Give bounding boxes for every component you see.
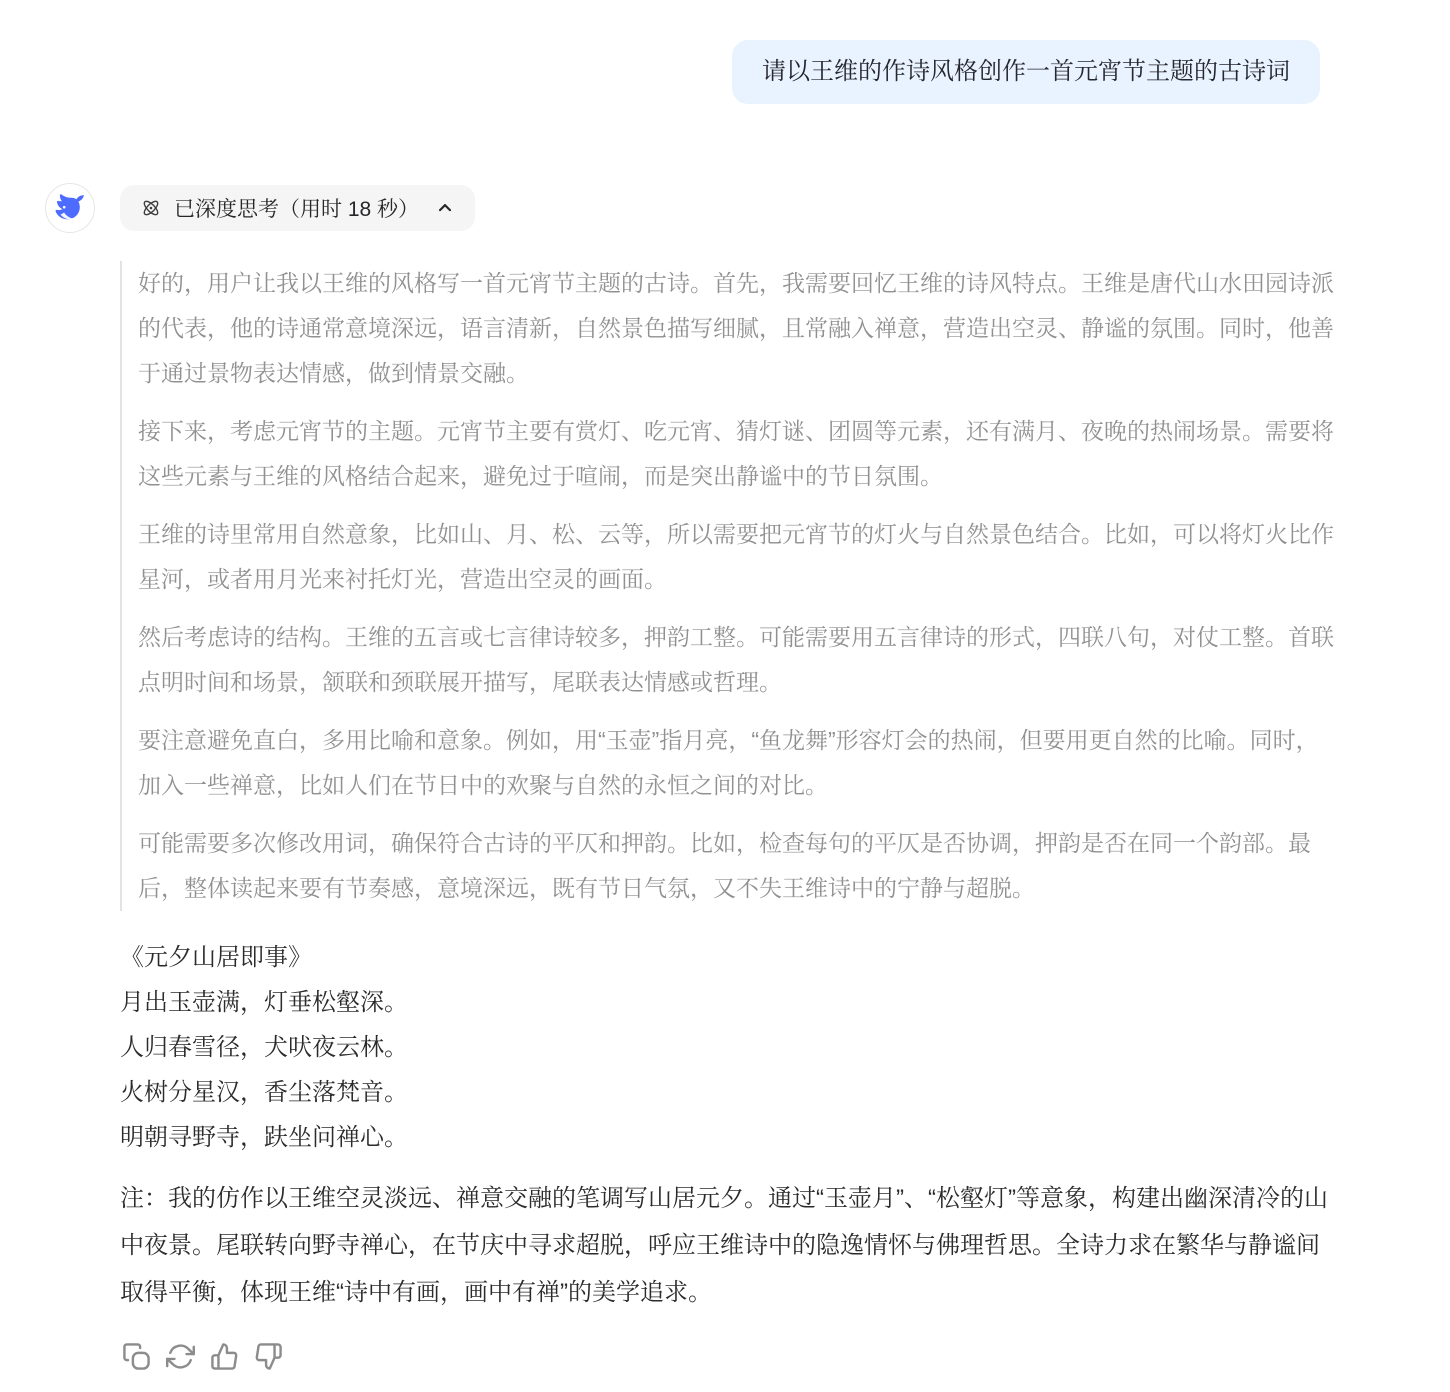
thumbs-up-button[interactable] [208, 1340, 240, 1372]
thumbs-up-icon [210, 1342, 239, 1371]
chevron-up-icon [435, 198, 455, 218]
thinking-paragraph: 接下来，考虑元宵节的主题。元宵节主要有赏灯、吃元宵、猜灯谜、团圆等元素，还有满月… [138, 409, 1337, 499]
regenerate-icon [166, 1342, 195, 1371]
deepseek-whale-logo [52, 190, 88, 226]
thinking-paragraph: 好的，用户让我以王维的风格写一首元宵节主题的古诗。首先，我需要回忆王维的诗风特点… [138, 261, 1337, 396]
poem-line: 明朝寻野寺，趺坐问禅心。 [120, 1115, 1337, 1160]
thumbs-down-button[interactable] [252, 1340, 284, 1372]
poem-line: 月出玉壶满，灯垂松壑深。 [120, 980, 1337, 1025]
atom-icon [140, 197, 162, 219]
assistant-body: 已深度思考（用时 18 秒） 好的，用户让我以王维的风格写一首元宵节主题的古诗。… [120, 183, 1337, 1372]
poem-title: 《元夕山居即事》 [120, 935, 1337, 980]
answer-content: 《元夕山居即事》 月出玉壶满，灯垂松壑深。 人归春雪径，犬吠夜云林。 火树分星汉… [120, 935, 1337, 1316]
regenerate-button[interactable] [164, 1340, 196, 1372]
poem-line: 火树分星汉，香尘落梵音。 [120, 1070, 1337, 1115]
thumbs-down-icon [254, 1342, 283, 1371]
poem-line: 人归春雪径，犬吠夜云林。 [120, 1025, 1337, 1070]
thinking-paragraph: 可能需要多次修改用词，确保符合古诗的平仄和押韵。比如，检查每句的平仄是否协调，押… [138, 821, 1337, 911]
thinking-paragraph: 要注意避免直白，多用比喻和意象。例如，用“玉壶”指月亮，“鱼龙舞”形容灯会的热闹… [138, 718, 1337, 808]
user-message-bubble: 请以王维的作诗风格创作一首元宵节主题的古诗词 [732, 40, 1320, 104]
poem: 《元夕山居即事》 月出玉壶满，灯垂松壑深。 人归春雪径，犬吠夜云林。 火树分星汉… [120, 935, 1337, 1160]
copy-icon [122, 1342, 151, 1371]
avatar [45, 183, 95, 233]
thinking-toggle-label: 已深度思考（用时 18 秒） [174, 193, 419, 223]
thinking-paragraph: 王维的诗里常用自然意象，比如山、月、松、云等，所以需要把元宵节的灯火与自然景色结… [138, 512, 1337, 602]
thinking-content: 好的，用户让我以王维的风格写一首元宵节主题的古诗。首先，我需要回忆王维的诗风特点… [120, 261, 1337, 911]
message-action-bar [120, 1340, 1337, 1372]
poem-note: 注：我的仿作以王维空灵淡远、禅意交融的笔调写山居元夕。通过“玉壶月”、“松壑灯”… [120, 1175, 1337, 1316]
thinking-paragraph: 然后考虑诗的结构。王维的五言或七言律诗较多，押韵工整。可能需要用五言律诗的形式，… [138, 615, 1337, 705]
copy-button[interactable] [120, 1340, 152, 1372]
thinking-toggle-button[interactable]: 已深度思考（用时 18 秒） [120, 185, 475, 231]
assistant-message: 已深度思考（用时 18 秒） 好的，用户让我以王维的风格写一首元宵节主题的古诗。… [45, 183, 1337, 1372]
chat-page: 请以王维的作诗风格创作一首元宵节主题的古诗词 已深度思考（用 [0, 0, 1450, 1392]
user-message-row: 请以王维的作诗风格创作一首元宵节主题的古诗词 [732, 40, 1320, 104]
